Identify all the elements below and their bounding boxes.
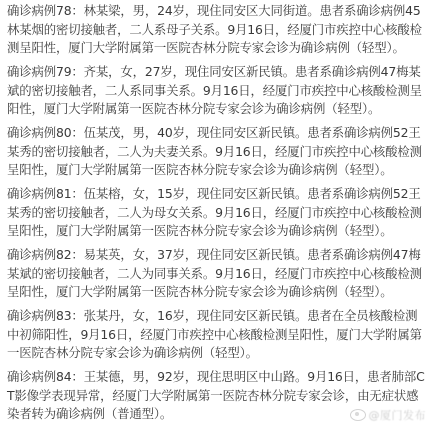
- case-82-paragraph: 确诊病例82：易某英，女，37岁，现住同安区新民镇。患者系确诊病例47梅某斌的密…: [7, 246, 425, 302]
- case-83-paragraph: 确诊病例83：张某丹，女，16岁，现住同安区新民镇。患者在全员核酸检测中初筛阳性…: [7, 307, 425, 363]
- watermark-handle: @厦门发布: [369, 407, 427, 423]
- weibo-watermark: @厦门发布: [350, 407, 427, 423]
- case-81-paragraph: 确诊病例81：伍某榕，女，15岁，现住同安区新民镇。患者系确诊病例52王某秀的密…: [7, 185, 425, 241]
- weibo-logo-icon: [350, 409, 366, 421]
- case-80-paragraph: 确诊病例80：伍某茂，男，40岁，现住同安区新民镇。患者系确诊病例52王某秀的密…: [7, 124, 425, 180]
- case-79-paragraph: 确诊病例79：齐某，女，27岁，现住同安区新民镇。患者系确诊病例47梅某斌的密切…: [7, 63, 425, 119]
- case-announcement-list: 确诊病例78：林某梁，男，24岁，现住同安区大同街道。患者系确诊病例45林某烟的…: [7, 2, 425, 429]
- case-78-paragraph: 确诊病例78：林某梁，男，24岁，现住同安区大同街道。患者系确诊病例45林某烟的…: [7, 2, 425, 58]
